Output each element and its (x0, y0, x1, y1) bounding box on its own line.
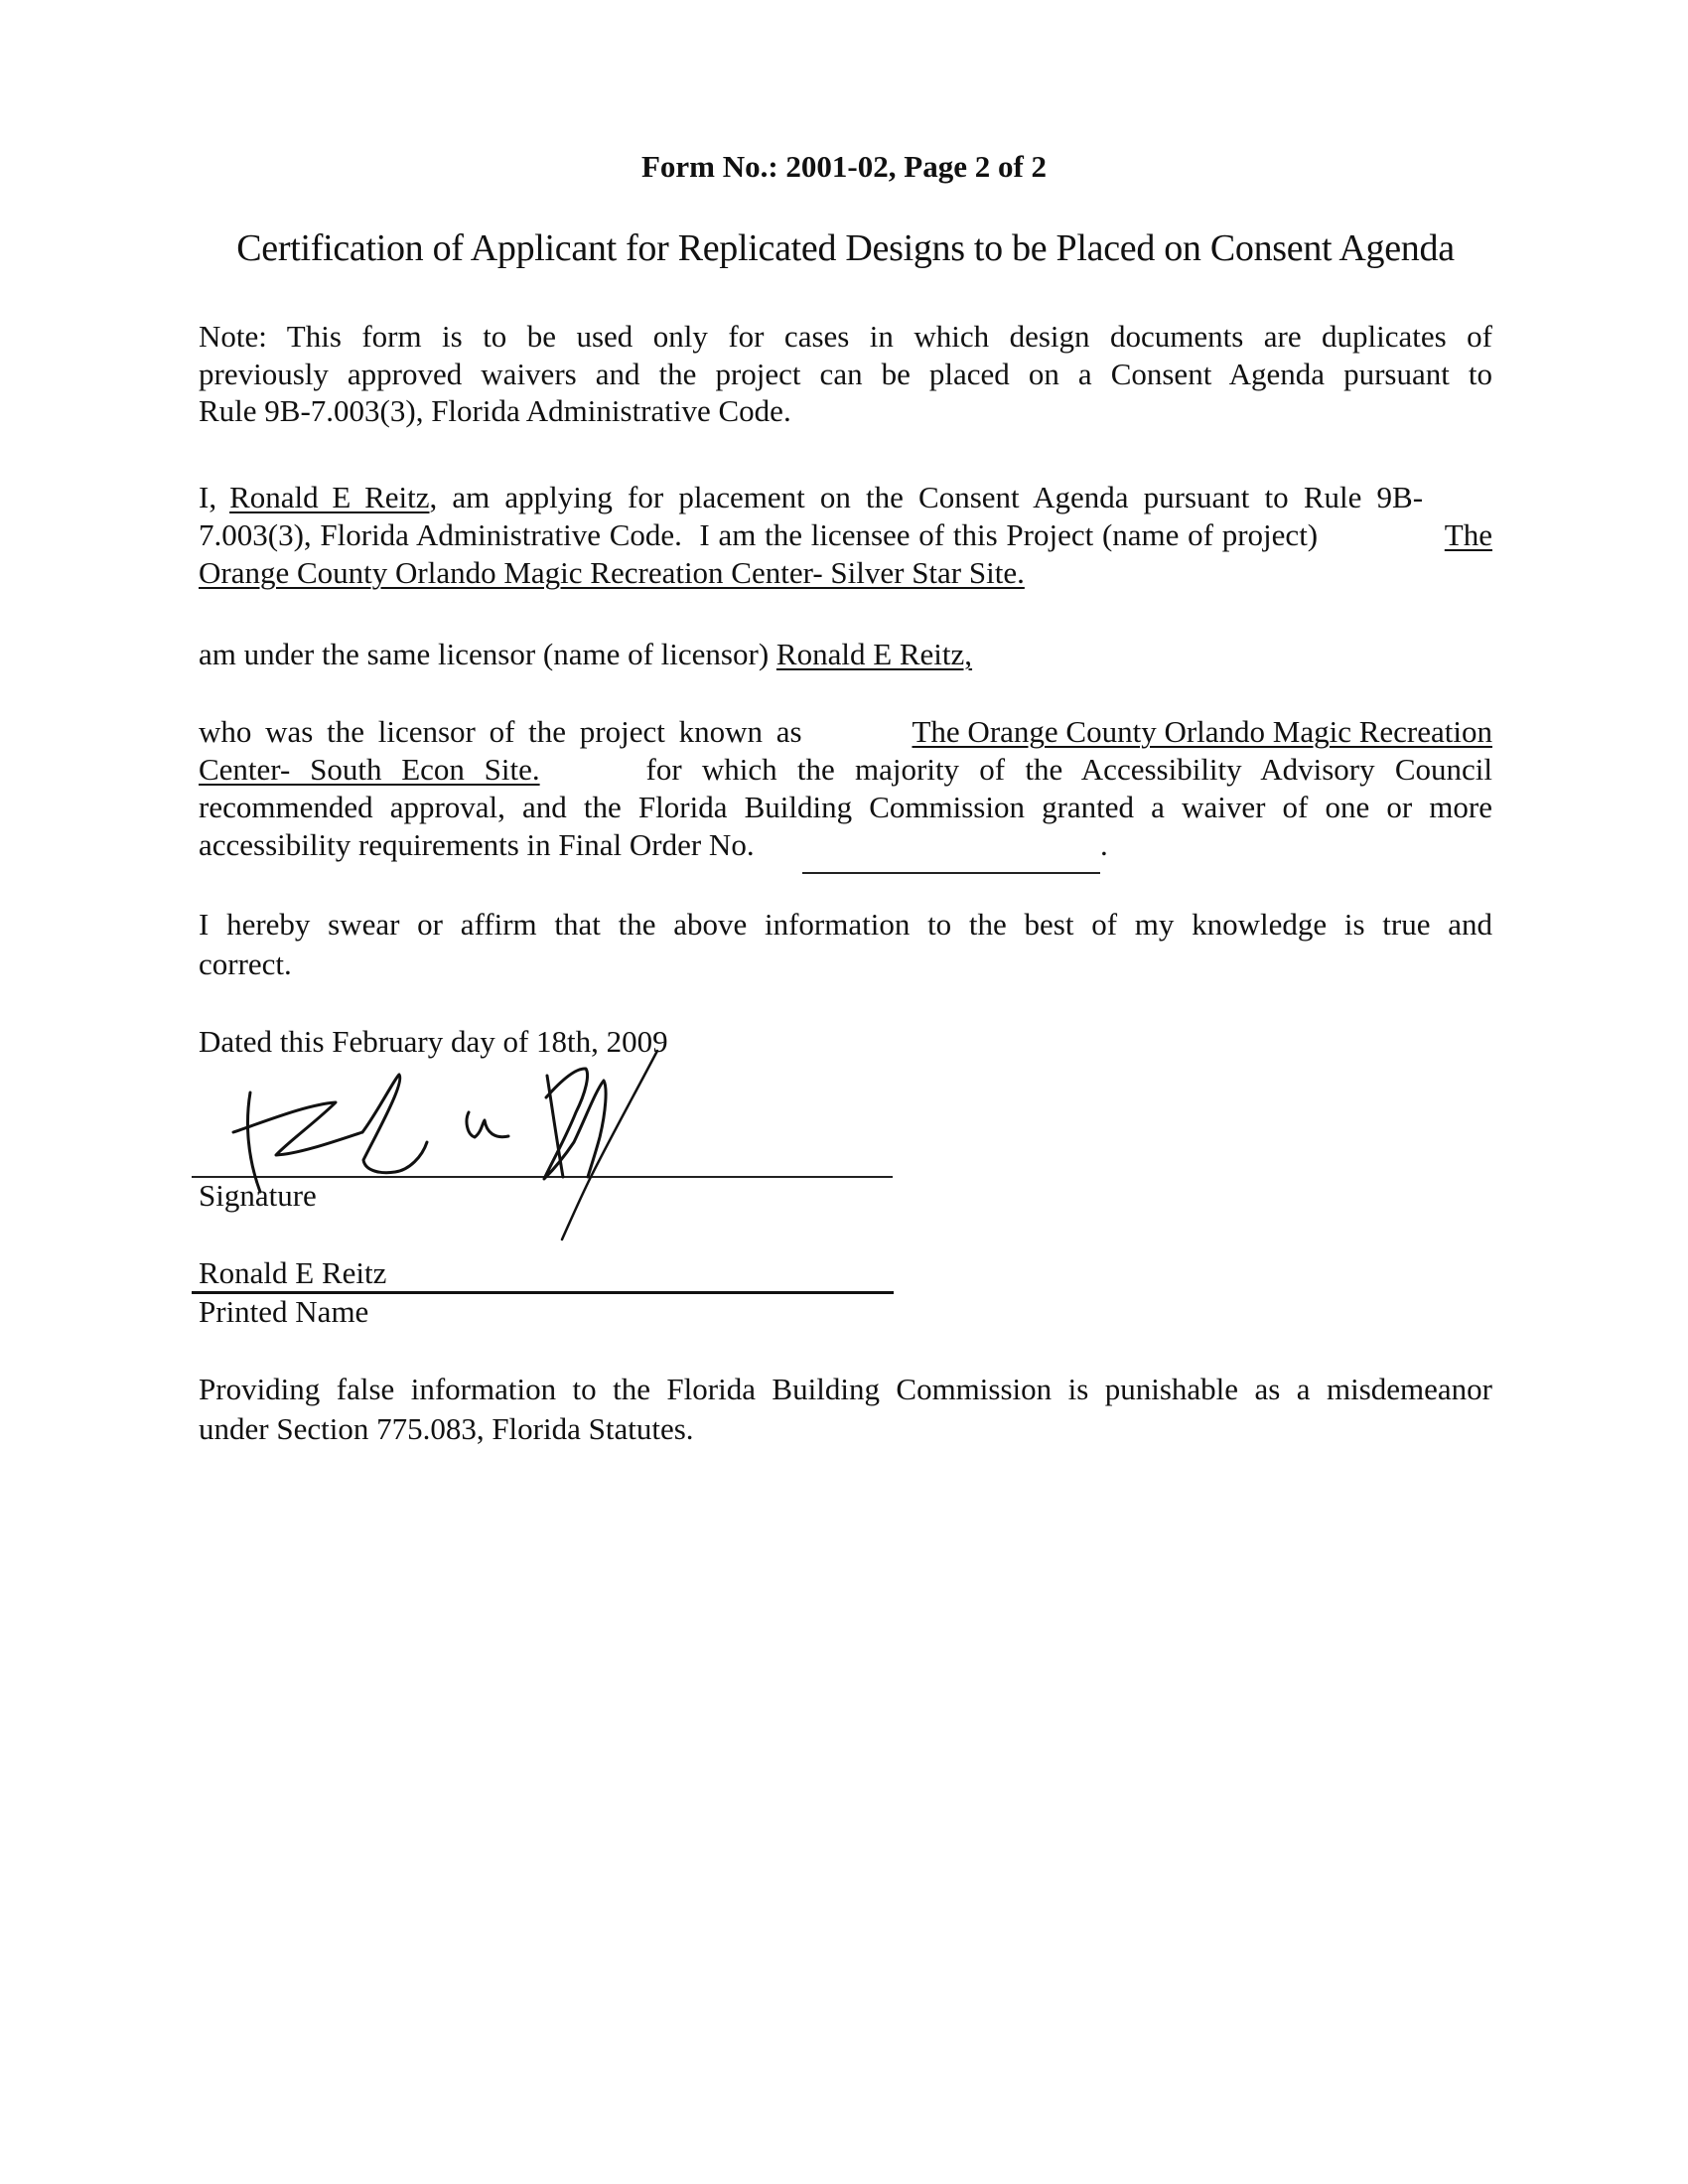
warning-line: Providing false information to the Flori… (199, 1372, 1492, 1407)
applicant-line2: 7.003(3), Florida Administrative Code. I… (199, 517, 1318, 553)
page-title: Certification of Applicant for Replicate… (199, 226, 1492, 270)
prior-line-1: who was the licensor of the project know… (199, 714, 1492, 750)
note-line: previously approved waivers and the proj… (199, 357, 1492, 392)
applicant-line-3: Orange County Orlando Magic Recreation C… (199, 555, 1492, 591)
form-number: Form No.: 2001-02, Page 2 of 2 (0, 149, 1688, 185)
prior-line2-rest: for which the majority of the Accessibil… (646, 752, 1493, 788)
final-order-period: . (1100, 827, 1120, 863)
licensor-line: am under the same licensor (name of lice… (199, 637, 1492, 672)
prior-line4: accessibility requirements in Final Orde… (199, 827, 755, 862)
prior-line-2: Center- South Econ Site. for which the m… (199, 752, 1492, 788)
project-name-part1: The (1445, 517, 1492, 553)
dated-line: Dated this February day of 18th, 2009 (199, 1024, 1492, 1060)
printed-name-value: Ronald E Reitz (199, 1255, 1492, 1291)
applicant-name: Ronald E Reitz (229, 480, 429, 515)
prior-prefix: who was the licensor of the project know… (199, 714, 802, 750)
licensor-name: Ronald E Reitz, (776, 637, 972, 671)
applicant-line-1: I, Ronald E Reitz , am applying for plac… (199, 480, 1492, 515)
project-name-part2: Orange County Orlando Magic Recreation C… (199, 555, 1025, 590)
affirmation-line: correct. (199, 946, 1492, 982)
prior-line-4: accessibility requirements in Final Orde… (199, 827, 1492, 863)
note-line: Rule 9B-7.003(3), Florida Administrative… (199, 393, 1492, 429)
final-order-number-field[interactable] (802, 872, 1100, 874)
note-line: Note: This form is to be used only for c… (199, 319, 1492, 355)
prior-project-name-2: Center- South Econ Site. (199, 752, 540, 788)
applicant-line-2: 7.003(3), Florida Administrative Code. I… (199, 517, 1492, 553)
applicant-line1-rest: , am applying for placement on the Conse… (429, 480, 1423, 515)
prior-project-name-1: The Orange County Orlando Magic Recreati… (912, 714, 1492, 750)
printed-name-label: Printed Name (199, 1294, 1492, 1330)
prior-line-3: recommended approval, and the Florida Bu… (199, 790, 1492, 825)
signature-label: Signature (199, 1178, 1492, 1214)
licensor-prefix: am under the same licensor (name of lice… (199, 637, 769, 671)
applicant-prefix: I, (199, 480, 216, 515)
warning-line: under Section 775.083, Florida Statutes. (199, 1411, 1492, 1447)
affirmation-line: I hereby swear or affirm that the above … (199, 907, 1492, 943)
